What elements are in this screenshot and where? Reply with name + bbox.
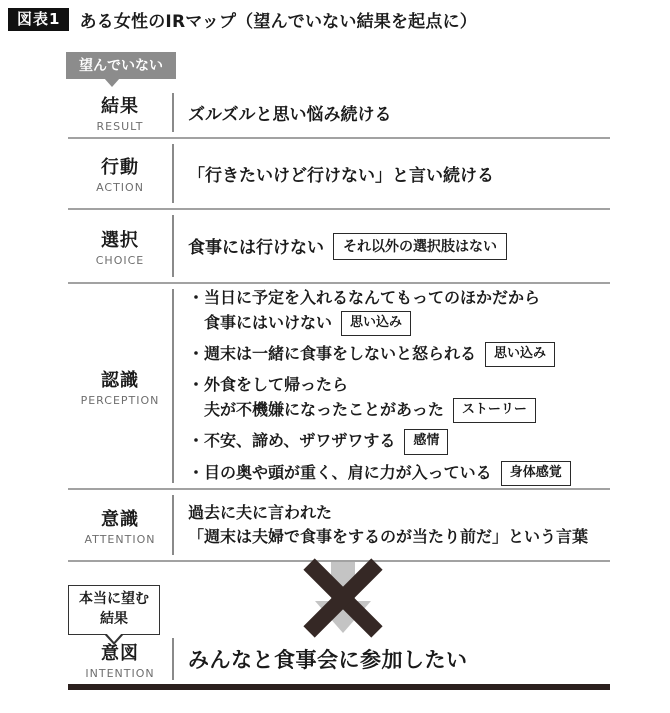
row-action: 行動 ACTION 「行きたいけど行けない」と言い続ける (68, 139, 610, 210)
perception-item-text: 夫が不機嫌になったことがあった (204, 400, 444, 419)
intention-content: みんなと食事会に参加したい (172, 638, 610, 680)
perception-item-line: 食事にはいけない思い込み (188, 311, 610, 336)
action-label: 行動 ACTION (68, 144, 172, 203)
perception-item-line: ・当日に予定を入れるなんてもってのほかだから (188, 286, 610, 311)
perception-label-en: PERCEPTION (81, 394, 160, 407)
result-content: ズルズルと思い悩み続ける (172, 93, 610, 132)
perception-item: ・週末は一緒に食事をしないと怒られる思い込み (188, 342, 610, 367)
perception-item-tag: 思い込み (341, 311, 411, 336)
perception-item-tag: 身体感覚 (501, 461, 571, 486)
row-perception: 認識 PERCEPTION ・当日に予定を入れるなんてもってのほかだから 食事に… (68, 284, 610, 490)
action-text: 「行きたいけど行けない」と言い続ける (188, 161, 610, 186)
row-attention: 意識 ATTENTION 過去に夫に言われた 「週末は夫婦で食事をするのが当たり… (68, 490, 610, 562)
choice-text: 食事には行けない (188, 238, 324, 258)
result-text: ズルズルと思い悩み続ける (188, 100, 610, 125)
perception-item-line: ・不安、諦め、ザワザワする感情 (188, 429, 610, 454)
choice-label: 選択 CHOICE (68, 215, 172, 277)
perception-item-tag: ストーリー (453, 398, 536, 423)
perception-item: ・外食をして帰ったら 夫が不機嫌になったことがあったストーリー (188, 373, 610, 423)
figure-header: 図表1 ある女性のIRマップ（望んでいない結果を起点に） (8, 7, 477, 32)
perception-label-jp: 認識 (101, 366, 139, 392)
attention-label-en: ATTENTION (85, 533, 156, 546)
attention-text-line2: 「週末は夫婦で食事をするのが当たり前だ」という言葉 (188, 525, 610, 549)
perception-content: ・当日に予定を入れるなんてもってのほかだから 食事にはいけない思い込み ・週末は… (172, 289, 610, 483)
perception-item-line: ・週末は一緒に食事をしないと怒られる思い込み (188, 342, 610, 367)
perception-item: ・当日に予定を入れるなんてもってのほかだから 食事にはいけない思い込み (188, 286, 610, 336)
choice-label-en: CHOICE (96, 254, 145, 267)
result-label-jp: 結果 (101, 92, 139, 118)
attention-content: 過去に夫に言われた 「週末は夫婦で食事をするのが当たり前だ」という言葉 (172, 495, 610, 555)
action-content: 「行きたいけど行けない」と言い続ける (172, 144, 610, 203)
truly-wanted-line2: 結果 (71, 609, 157, 629)
result-label: 結果 RESULT (68, 93, 172, 132)
perception-label: 認識 PERCEPTION (68, 289, 172, 483)
perception-item: ・目の奥や頭が重く、肩に力が入っている身体感覚 (188, 461, 610, 486)
perception-item-text: 食事にはいけない (204, 313, 332, 332)
blocked-flow-zone: 本当に望む 結果 (68, 562, 610, 634)
choice-content: 食事には行けないそれ以外の選択肢はない (172, 215, 610, 277)
ir-map: 結果 RESULT ズルズルと思い悩み続ける 行動 ACTION 「行きたいけど… (68, 88, 610, 690)
choice-tag: それ以外の選択肢はない (333, 233, 507, 260)
attention-label: 意識 ATTENTION (68, 495, 172, 555)
action-label-en: ACTION (96, 181, 144, 194)
row-choice: 選択 CHOICE 食事には行けないそれ以外の選択肢はない (68, 210, 610, 284)
figure-number-badge: 図表1 (8, 8, 69, 32)
perception-item-line: ・目の奥や頭が重く、肩に力が入っている身体感覚 (188, 461, 610, 486)
perception-item-tag: 思い込み (485, 342, 555, 367)
ir-map-figure: 図表1 ある女性のIRマップ（望んでいない結果を起点に） 望んでいない 結果 R… (0, 0, 670, 713)
truly-wanted-line1: 本当に望む (71, 589, 157, 609)
perception-item-text: ・週末は一緒に食事をしないと怒られる (188, 344, 476, 363)
row-result: 結果 RESULT ズルズルと思い悩み続ける (68, 88, 610, 139)
choice-label-jp: 選択 (101, 226, 139, 252)
perception-item: ・不安、諦め、ザワザワする感情 (188, 429, 610, 454)
perception-item-text: ・不安、諦め、ザワザワする (188, 431, 395, 450)
page-title: ある女性のIRマップ（望んでいない結果を起点に） (79, 7, 477, 32)
perception-item-tag: 感情 (404, 429, 448, 454)
attention-text-line1: 過去に夫に言われた (188, 501, 610, 525)
attention-label-jp: 意識 (101, 505, 139, 531)
perception-item-line: 夫が不機嫌になったことがあったストーリー (188, 398, 610, 423)
result-label-en: RESULT (97, 120, 144, 133)
not-wanted-callout: 望んでいない (66, 52, 176, 79)
intention-text: みんなと食事会に参加したい (188, 644, 610, 674)
row-intention: 意図 INTENTION みんなと食事会に参加したい (68, 634, 610, 690)
perception-item-line: ・外食をして帰ったら (188, 373, 610, 398)
truly-wanted-callout: 本当に望む 結果 (68, 585, 160, 635)
perception-item-text: ・目の奥や頭が重く、肩に力が入っている (188, 463, 492, 482)
action-label-jp: 行動 (101, 153, 139, 179)
choice-text-line: 食事には行けないそれ以外の選択肢はない (188, 233, 610, 260)
intention-label-en: INTENTION (85, 667, 154, 680)
x-mark-icon (295, 562, 391, 634)
